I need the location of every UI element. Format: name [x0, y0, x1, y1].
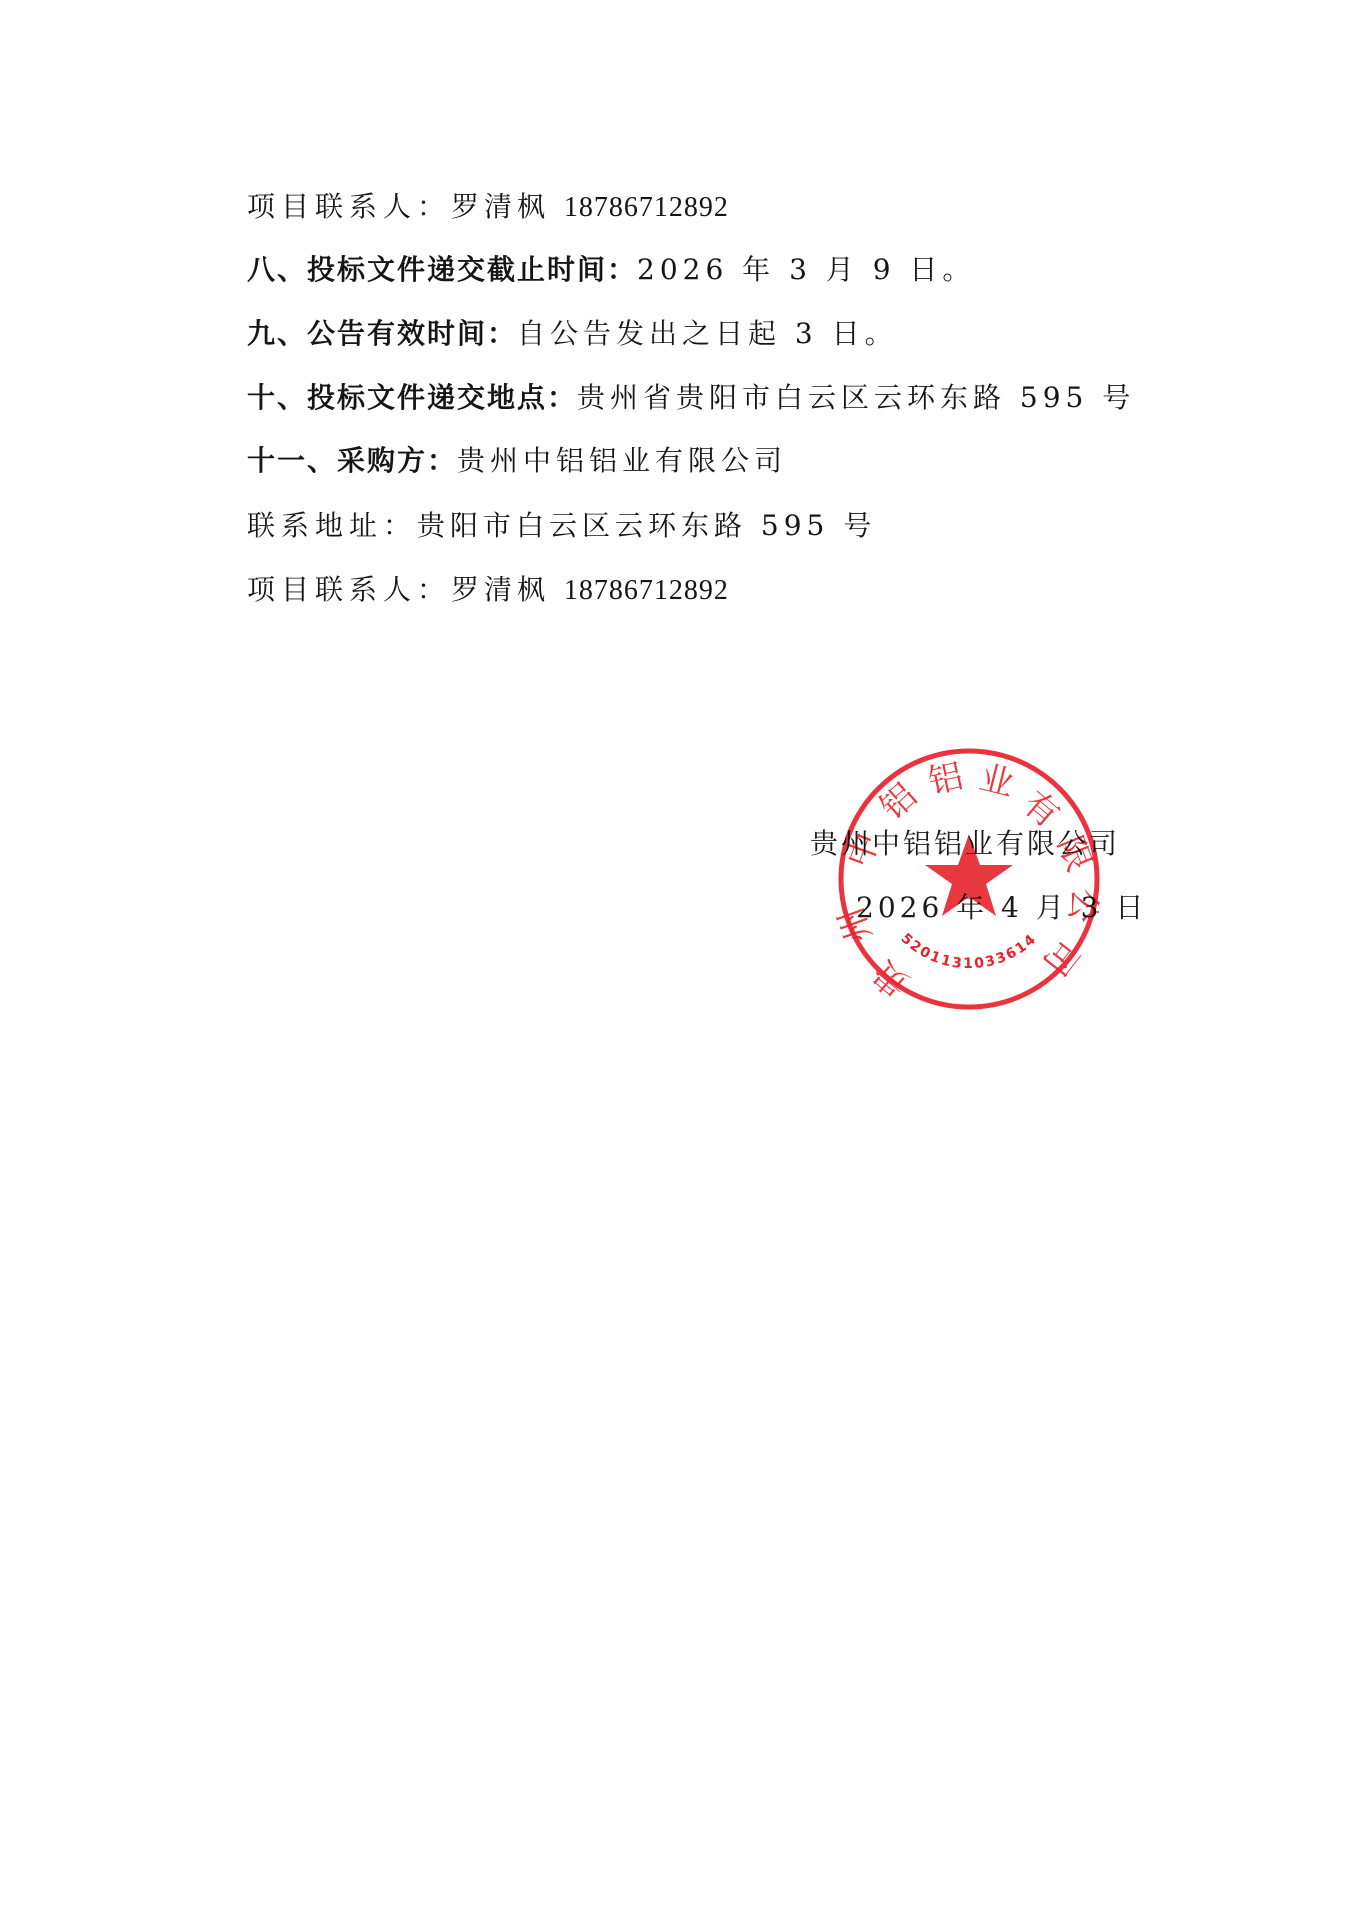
seal-char: 铝: [925, 756, 967, 802]
submission-deadline-value: 2026 年 3 月 9 日。: [637, 253, 975, 286]
project-contact-name: 罗清枫: [451, 190, 564, 223]
submission-deadline-label: 八、投标文件递交截止时间：: [247, 253, 637, 286]
official-seal: 贵 州 中 铝 铝 业 有 限 公 司 5201131033614: [836, 746, 1102, 1012]
notice-validity-line: 九、公告有效时间：自公告发出之日起 3 日。: [247, 314, 898, 354]
project-contact-label: 项目联系人：: [247, 190, 451, 223]
submission-deadline-line: 八、投标文件递交截止时间：2026 年 3 月 9 日。: [247, 250, 975, 290]
submission-location-value: 贵州省贵阳市白云区云环东路 595 号: [577, 381, 1135, 414]
submission-location-label: 十、投标文件递交地点：: [247, 381, 577, 414]
project-contact-phone: 18786712892: [564, 192, 729, 223]
notice-validity-value: 自公告发出之日起 3 日。: [517, 317, 898, 350]
contact-address-label: 联系地址：: [247, 509, 417, 542]
contact-address-line: 联系地址：贵阳市白云区云环东路 595 号: [247, 506, 876, 546]
project-contact-label: 项目联系人：: [247, 573, 451, 606]
seal-char: 司: [1034, 931, 1086, 982]
purchaser-line: 十一、采购方：贵州中铝铝业有限公司: [247, 441, 787, 481]
project-contact-name: 罗清枫: [451, 573, 564, 606]
project-contact-line-top: 项目联系人：罗清枫 18786712892: [247, 187, 729, 227]
notice-validity-label: 九、公告有效时间：: [247, 317, 517, 350]
purchaser-label: 十一、采购方：: [247, 444, 457, 477]
submission-location-line: 十、投标文件递交地点：贵州省贵阳市白云区云环东路 595 号: [247, 378, 1135, 418]
signature-company: 贵州中铝铝业有限公司: [810, 826, 1120, 862]
document-page: 项目联系人：罗清枫 18786712892 八、投标文件递交截止时间：2026 …: [0, 0, 1358, 1920]
contact-address-value: 贵阳市白云区云环东路 595 号: [417, 509, 876, 542]
seal-serial: 5201131033614: [898, 931, 1041, 973]
signature-date: 2026 年 4 月 3 日: [856, 890, 1147, 926]
project-contact-phone: 18786712892: [564, 575, 729, 606]
project-contact-line-bottom: 项目联系人：罗清枫 18786712892: [247, 570, 729, 610]
purchaser-value: 贵州中铝铝业有限公司: [457, 444, 787, 477]
seal-char: 业: [975, 758, 1018, 805]
